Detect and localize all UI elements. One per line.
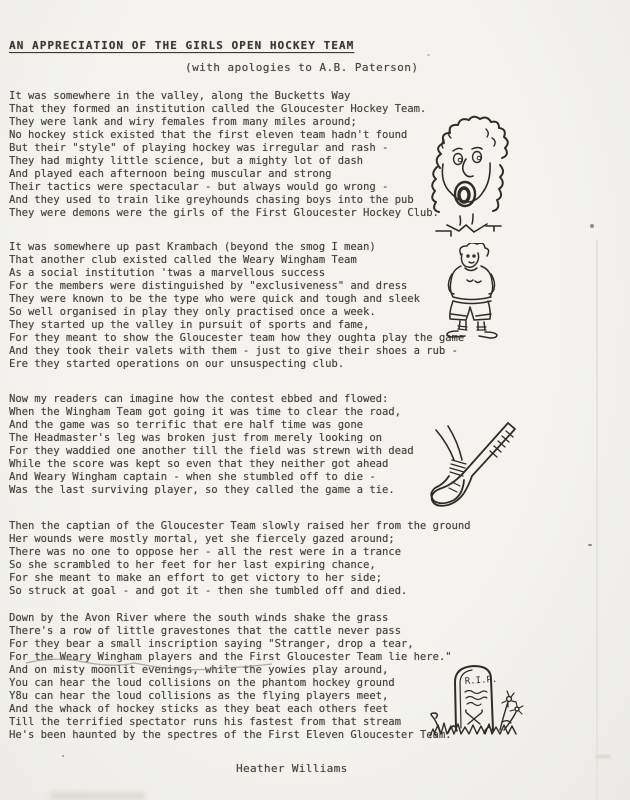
poem-line: They were known to be the type who were … [9, 293, 464, 306]
poem-line: But their "style" of playing hockey was … [9, 142, 439, 155]
scan-streak [596, 240, 598, 800]
poem-line: It was somewhere in the valley, along th… [9, 90, 439, 103]
poem-line: Their tactics were spectacular - but alw… [9, 181, 439, 194]
gravestone-rip-text: R.I.P. [465, 675, 498, 687]
shocked-face-cartoon-illustration [424, 110, 512, 240]
hockey-stick-and-boot-cartoon-illustration [422, 418, 524, 514]
poem-line: And played each afternoon being muscular… [9, 168, 439, 181]
pen-squiggle-mark [24, 651, 276, 677]
poem-line: You can hear the loud collisions on the … [9, 677, 452, 690]
poem-line: Ere they started operations on our unsus… [9, 358, 464, 371]
poem-line: They were demons were the girls of the F… [9, 207, 439, 220]
poem-line: He's been haunted by the spectres of the… [9, 729, 452, 742]
poem-line: So struck at goal - and got it - then sh… [9, 585, 470, 598]
poem-line: That they formed an institution called t… [9, 103, 439, 116]
poem-line: Down by the Avon River where the south w… [9, 612, 452, 625]
poem-line: Y8u can hear the loud collisions as the … [9, 690, 452, 703]
poem-line: And the game was so terrific that ere ha… [9, 419, 414, 432]
stanza-1: It was somewhere in the valley, along th… [9, 90, 439, 220]
poem-line: So she scrambled to her feet for her las… [9, 559, 470, 572]
poem-line: That another club existed called the Wea… [9, 254, 464, 267]
poem-line: There's a row of little gravestones that… [9, 625, 452, 638]
poem-line: They were lank and wiry females from man… [9, 116, 439, 129]
poem-line: The Headmaster's leg was broken just fro… [9, 432, 414, 445]
poem-subtitle: (with apologies to A.B. Paterson) [185, 61, 418, 74]
poem-line: And the whack of hockey sticks as they b… [9, 703, 452, 716]
poem-line: And Weary Wingham captain - when she stu… [9, 471, 414, 484]
poem-line: Then the captian of the Gloucester Team … [9, 520, 470, 533]
scan-smudge [50, 792, 145, 800]
hockey-player-cartoon-illustration [440, 243, 506, 339]
poem-line: For the members were distinguished by "e… [9, 280, 464, 293]
stanza-2: It was somewhere up past Krambach (beyon… [9, 241, 464, 371]
poem-line: For they waddied one another till the fi… [9, 445, 414, 458]
scan-speck [427, 54, 430, 56]
scan-smudge [596, 755, 610, 758]
scan-speck [588, 544, 592, 546]
poem-line: And they took their valets with them - j… [9, 345, 464, 358]
scan-speck [62, 755, 64, 757]
poem-line: For they meant to show the Gloucester te… [9, 332, 464, 345]
poem-line: While the score was kept so even that th… [9, 458, 414, 471]
poem-line: They had mighty little science, but a mi… [9, 155, 439, 168]
poem-line: Now my readers can imagine how the conte… [9, 393, 414, 406]
poem-line: It was somewhere up past Krambach (beyon… [9, 241, 464, 254]
stanza-5: Down by the Avon River where the south w… [9, 612, 452, 742]
scan-speck [590, 224, 594, 228]
poem-line: There was no one to oppose her - all the… [9, 546, 470, 559]
poem-line: When the Wingham Team got going it was t… [9, 406, 414, 419]
author-signature: Heather Williams [236, 762, 348, 775]
poem-line: They started up the valley in pursuit of… [9, 319, 464, 332]
poem-line: Her wounds were mostly mortal, yet she f… [9, 533, 470, 546]
poem-line: As a social institution 'twas a marvello… [9, 267, 464, 280]
poem-line: Was the last surviving player, so they c… [9, 484, 414, 497]
gravestone-cartoon-illustration: R.I.P. [428, 658, 533, 752]
poem-line: And they used to train like greyhounds c… [9, 194, 439, 207]
stanza-3: Now my readers can imagine how the conte… [9, 393, 414, 497]
poem-line: For they bear a small inscription saying… [9, 638, 452, 651]
poem-title: AN APPRECIATION OF THE GIRLS OPEN HOCKEY… [9, 39, 354, 52]
stanza-4: Then the captian of the Gloucester Team … [9, 520, 470, 598]
poem-line: Till the terrified spectator runs his fa… [9, 716, 452, 729]
poem-line: So well organised in play they only prac… [9, 306, 464, 319]
scanned-poem-page: AN APPRECIATION OF THE GIRLS OPEN HOCKEY… [0, 0, 630, 800]
poem-line: No hockey stick existed that the first e… [9, 129, 439, 142]
poem-line: For she meant to make an effort to get v… [9, 572, 470, 585]
